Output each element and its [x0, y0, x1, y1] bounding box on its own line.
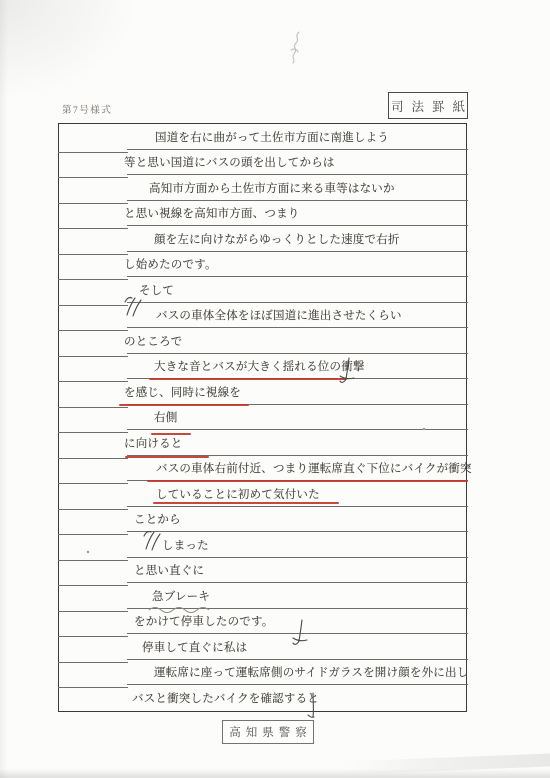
- statement-line-text: バスの車体全体をほぼ国道に進出させたくらい: [156, 307, 402, 323]
- statement-line: そして: [59, 277, 466, 303]
- statement-line: 等と思い国道にバスの頭を出してからは: [59, 150, 466, 176]
- statement-line-text: そして: [139, 282, 174, 298]
- judicial-paper-stamp-text: 司法罫紙: [391, 97, 473, 115]
- scan-shadow-top-left: [0, 0, 140, 100]
- statement-line: に向けると: [59, 430, 466, 456]
- statement-line-text: し始めたのです。: [124, 256, 217, 272]
- statement-line: バスの車体右前付近、つまり運転席直ぐ下位にバイクが衝突: [59, 456, 466, 482]
- statement-line-text: 右側: [154, 409, 177, 425]
- statement-line: バスの車体全体をほぼ国道に進出させたくらい: [59, 303, 466, 329]
- statement-line: しまった: [59, 532, 466, 558]
- statement-table: 国道を右に曲がって土佐市方面に南進しよう 等と思い国道にバスの頭を出してからは …: [58, 123, 467, 712]
- statement-line-text: に向けると: [124, 435, 183, 451]
- statement-line-text: 停車して直ぐに私は: [142, 639, 247, 655]
- statement-line: 高知市方面から土佐市方面に来る車等はないか: [59, 175, 466, 201]
- statement-line-text: を感じ、同時に視線を: [124, 384, 241, 400]
- statement-line-text: しまった: [162, 537, 209, 553]
- statement-line: 顔を左に向けながらゆっくりとした速度で右折: [59, 226, 466, 252]
- statement-line-text: ことから: [134, 511, 181, 527]
- statement-line-text: 高知市方面から土佐市方面に来る車等はないか: [149, 180, 395, 196]
- statement-line: 国道を右に曲がって土佐市方面に南進しよう: [59, 124, 466, 150]
- judicial-paper-stamp-box: 司法罫紙: [388, 92, 468, 119]
- statement-line: と思い視線を高知市方面、つまり: [59, 201, 466, 227]
- statement-line-text: していることに初めて気付いた: [156, 486, 320, 502]
- statement-line-text: 国道を右に曲がって土佐市方面に南進しよう: [155, 129, 389, 145]
- statement-line: ことから: [59, 507, 466, 533]
- statement-line: バスと衝突したバイクを確認すると: [59, 685, 466, 711]
- statement-line: と思い直ぐに: [59, 558, 466, 584]
- statement-line: を感じ、同時に視線を: [59, 379, 466, 405]
- statement-line: し始めたのです。: [59, 252, 466, 278]
- red-underline: [153, 502, 339, 504]
- statement-line-text: 急ブレーキ: [152, 588, 210, 604]
- police-stamp-text: 高知県警察: [229, 724, 312, 740]
- scanned-statement-page: { "page": { "form_label": "第7号様式", "pape…: [0, 0, 550, 778]
- statement-line: 運転席に座って運転席側のサイドガラスを開け顔を外に出し: [59, 660, 466, 686]
- statement-line-text: バスの車体右前付近、つまり運転席直ぐ下位にバイクが衝突: [156, 460, 472, 476]
- statement-line: 右側: [59, 405, 466, 431]
- statement-line-text: 運転席に座って運転席側のサイドガラスを開け顔を外に出し: [154, 664, 468, 680]
- statement-line-text: のところで: [124, 333, 182, 349]
- statement-line-text: 等と思い国道にバスの頭を出してからは: [124, 154, 335, 170]
- scan-shadow-left-edge: [0, 0, 8, 778]
- statement-line: 急ブレーキ: [59, 583, 466, 609]
- form-number-label: 第7号様式: [62, 102, 112, 116]
- police-stamp-box: 高知県警察: [222, 720, 314, 744]
- statement-line-text: と思い直ぐに: [134, 562, 204, 578]
- statement-line-text: バスと衝突したバイクを確認すると: [132, 690, 319, 706]
- statement-line-text: 顔を左に向けながらゆっくりとした速度で右折: [154, 231, 400, 247]
- statement-line: 大きな音とバスが大きく揺れる位の衝撃: [59, 354, 466, 380]
- statement-line: のところで: [59, 328, 466, 354]
- statement-line: をかけて停車したのです。: [59, 609, 466, 635]
- statement-line: していることに初めて気付いた: [59, 481, 466, 507]
- scan-shadow-bottom-edge: [0, 769, 550, 778]
- statement-line-text: と思い視線を高知市方面、つまり: [124, 205, 300, 221]
- pencil-scribble-mark: [283, 30, 307, 73]
- statement-line-text: をかけて停車したのです。: [134, 613, 273, 629]
- statement-line-text: 大きな音とバスが大きく揺れる位の衝撃: [154, 358, 365, 374]
- statement-line: 停車して直ぐに私は: [59, 634, 466, 660]
- scan-streak-bottom-right: [345, 753, 550, 775]
